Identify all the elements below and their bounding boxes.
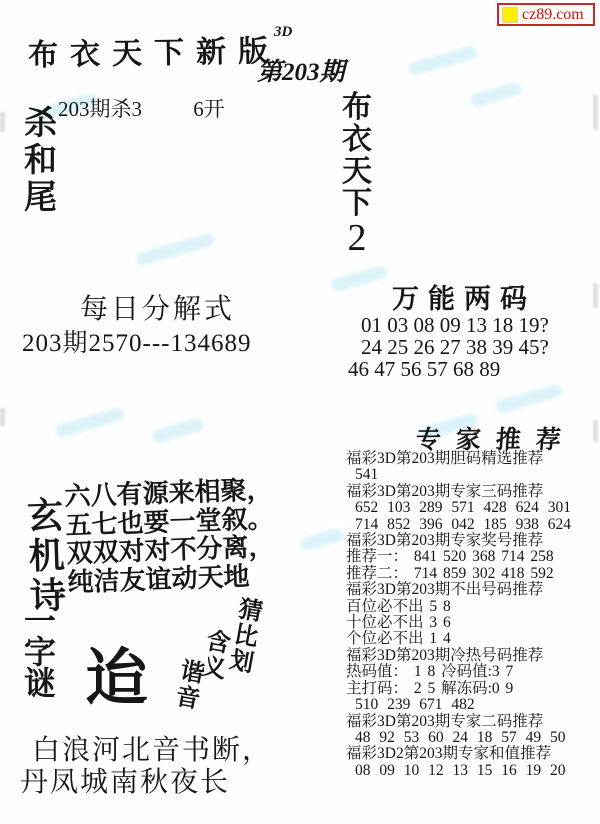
expert-line: 热码值： 1 8 冷码值:3 7 — [346, 664, 600, 680]
issue-number: 第203期 — [257, 52, 345, 88]
kill-open-text: 6开 — [193, 97, 225, 121]
expert-line: 48 92 53 60 24 18 57 49 50 — [346, 730, 600, 746]
scan-edge-mark — [593, 95, 598, 130]
watermark — [299, 527, 345, 552]
scan-edge-mark — [0, 112, 5, 132]
expert-line: 十位必不出 3 6 — [346, 615, 600, 631]
scan-edge-mark — [593, 420, 598, 442]
riddle-label: 一 字 谜 — [24, 606, 56, 699]
two-codes-row: 01 03 08 09 13 18 19? — [348, 314, 549, 336]
watermark — [408, 45, 479, 77]
mystery-poem: 玄 机 诗 六八有源来相聚， 五七也要一堂叙。 双双对对不分离， 纯洁友谊动天地 — [20, 473, 300, 483]
kill-line: 203期杀3 6开 — [58, 93, 225, 123]
expert-line: 714 852 396 042 185 938 624 — [346, 517, 600, 533]
riddle-hint-guess-strokes: 猜 比 划 — [227, 597, 264, 678]
hint-char: 含 — [204, 628, 232, 658]
expert-line: 福彩3D第203期不出号码推荐 — [346, 582, 600, 598]
expert-line: 福彩3D2第203期专家和值推荐 — [346, 746, 600, 762]
riddle-hint-homophone: 谐 音 — [174, 658, 207, 713]
expert-line: 百位必不出 5 8 — [346, 599, 600, 615]
daily-decomposition-formula: 203期2570---134689 — [22, 323, 251, 359]
expert-line: 541 — [346, 467, 600, 483]
poem-label-char: 玄 — [27, 495, 64, 536]
vertical-title-char: 天 — [342, 156, 372, 188]
expert-line: 福彩3D第203期冷热号码推荐 — [346, 648, 600, 664]
riddle-label-char: 谜 — [24, 668, 56, 699]
hint-char: 比 — [232, 622, 260, 652]
watermark — [469, 81, 523, 108]
universal-two-codes-title: 万能两码 — [392, 277, 536, 316]
site-logo-icon — [502, 7, 518, 23]
scan-edge-mark — [0, 408, 5, 426]
riddle-label-char: 字 — [24, 637, 56, 668]
watermark — [329, 264, 388, 292]
page-title: 布衣天下新版 — [28, 26, 281, 74]
hint-char: 猜 — [236, 597, 264, 627]
expert-line: 08 09 10 12 13 15 16 19 20 — [346, 763, 600, 779]
site-badge[interactable]: cz89.com — [497, 3, 595, 26]
kill-label-char: 和 — [24, 143, 57, 180]
riddle-label-char: 一 — [24, 606, 56, 637]
poem-label-char: 机 — [28, 535, 65, 576]
vertical-title-char: 布 — [342, 92, 372, 124]
scan-edge-mark — [593, 283, 598, 308]
kill-label-char: 杀 — [24, 106, 57, 143]
daily-decomposition-title: 每日分解式 — [80, 287, 235, 327]
kill-text: 203期杀3 — [58, 97, 142, 121]
expert-line: 推荐二： 714 859 302 418 592 — [346, 566, 600, 582]
expert-line: 推荐一： 841 520 368 714 258 — [346, 549, 600, 565]
expert-line: 652 103 289 571 428 624 301 — [346, 500, 600, 516]
expert-line: 福彩3D第203期专家三码推荐 — [346, 484, 600, 500]
kill-sum-tail-label: 杀 和 尾 — [24, 106, 57, 217]
expert-recommend-list: 福彩3D第203期胆码精选推荐 541 福彩3D第203期专家三码推荐 652 … — [346, 451, 600, 779]
vertical-title-number: 2 — [348, 220, 367, 256]
two-codes-row: 46 47 56 57 68 89 — [348, 358, 549, 380]
watermark — [135, 232, 215, 267]
riddle-hint-meaning: 含 义 — [200, 628, 233, 683]
page-title-3d: 3D — [274, 24, 292, 41]
two-codes-row: 24 25 26 27 38 39 45? — [348, 336, 549, 358]
site-url: cz89.com — [522, 7, 584, 23]
poem-lines: 六八有源来相聚， 五七也要一堂叙。 双双对对不分离， 纯洁友谊动天地 — [64, 476, 276, 597]
expert-line: 510 239 671 482 — [346, 697, 600, 713]
lottery-sheet: cz89.com 布衣天下新版 3D 第203期 203期杀3 6开 杀 和 尾… — [0, 0, 600, 824]
watermark — [495, 383, 564, 414]
expert-line: 福彩3D第203期专家二码推荐 — [346, 714, 600, 730]
buyi-tianxia-vertical-title: 布 衣 天 下 2 — [342, 92, 372, 256]
expert-line: 主打码： 2 5 解冻码:0 9 — [346, 681, 600, 697]
watermark — [151, 417, 205, 444]
expert-line: 福彩3D第203期胆码精选推荐 — [346, 451, 600, 467]
vertical-title-char: 下 — [342, 188, 372, 220]
universal-two-codes-grid: 01 03 08 09 13 18 19? 24 25 26 27 38 39 … — [348, 314, 549, 380]
one-char-riddle: 一 字 谜 迨 猜 比 划 含 义 谐 音 — [20, 598, 300, 728]
hint-char: 音 — [174, 684, 202, 714]
hint-char: 划 — [227, 648, 255, 678]
poem-line: 纯洁友谊动天地 — [67, 562, 276, 598]
bottom-couplet-line2: 丹凤城南秋夜长 — [20, 760, 230, 800]
riddle-character: 迨 — [86, 628, 148, 717]
watermark — [55, 407, 126, 439]
expert-line: 个位必不出 1 4 — [346, 631, 600, 647]
kill-label-char: 尾 — [24, 180, 57, 217]
hint-char: 谐 — [178, 658, 206, 688]
expert-line: 福彩3D第203期专家奖号推荐 — [346, 533, 600, 549]
vertical-title-char: 衣 — [342, 124, 372, 156]
